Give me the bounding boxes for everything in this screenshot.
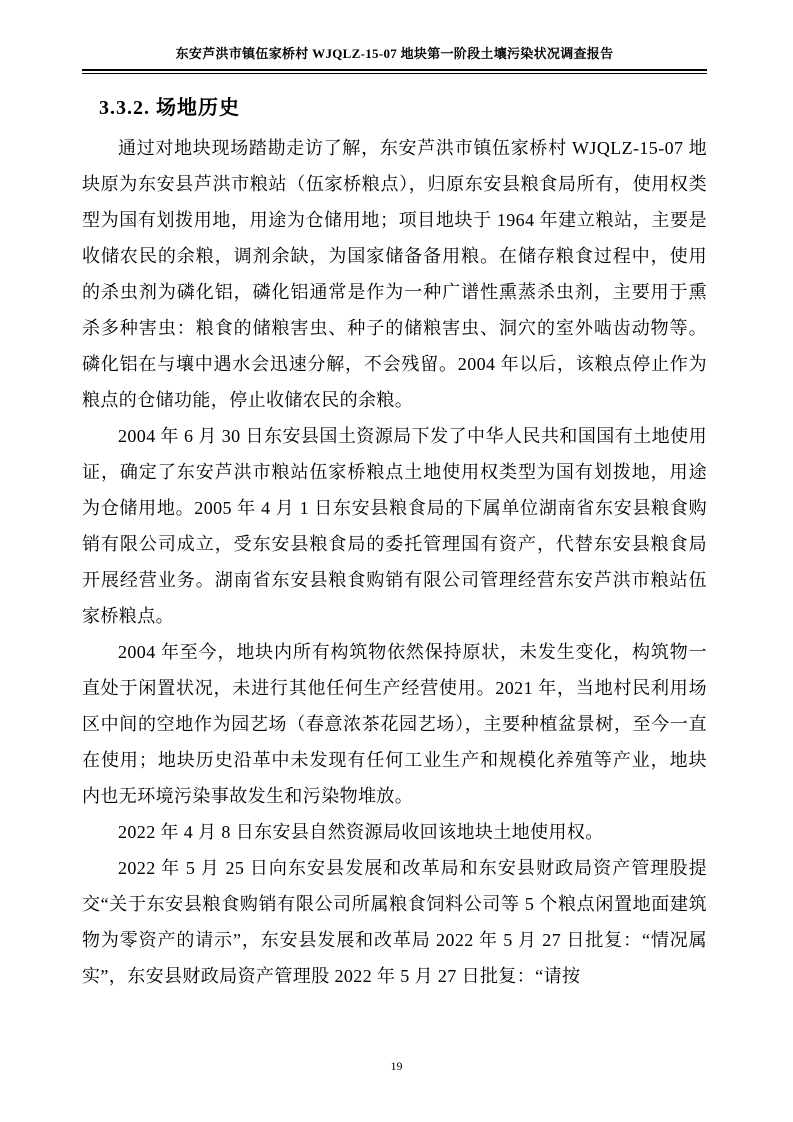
section-heading: 3.3.2. 场地历史 [82, 95, 707, 121]
page-header: 东安芦洪市镇伍家桥村 WJQLZ-15-07 地块第一阶段土壤污染状况调查报告 [82, 0, 707, 74]
page-number: 19 [0, 1058, 793, 1074]
report-title: 东安芦洪市镇伍家桥村 WJQLZ-15-07 地块第一阶段土壤污染状况调查报告 [82, 45, 707, 62]
body-text: 通过对地块现场踏勘走访了解，东安芦洪市镇伍家桥村 WJQLZ-15-07 地块原… [82, 130, 707, 994]
page-content: 3.3.2. 场地历史 通过对地块现场踏勘走访了解，东安芦洪市镇伍家桥村 WJQ… [82, 95, 707, 994]
body-paragraph: 2022 年 5 月 25 日向东安县发展和改革局和东安县财政局资产管理股提交“… [82, 850, 707, 994]
header-rule-thin-line [82, 73, 707, 74]
document-page: 东安芦洪市镇伍家桥村 WJQLZ-15-07 地块第一阶段土壤污染状况调查报告 … [0, 0, 793, 1122]
body-paragraph: 2022 年 4 月 8 日东安县自然资源局收回该地块土地使用权。 [82, 814, 707, 850]
body-paragraph: 通过对地块现场踏勘走访了解，东安芦洪市镇伍家桥村 WJQLZ-15-07 地块原… [82, 130, 707, 418]
header-double-rule [82, 69, 707, 74]
body-paragraph: 2004 年至今，地块内所有构筑物依然保持原状，未发生变化，构筑物一直处于闲置状… [82, 634, 707, 814]
body-paragraph: 2004 年 6 月 30 日东安县国土资源局下发了中华人民共和国国有土地使用证… [82, 418, 707, 634]
